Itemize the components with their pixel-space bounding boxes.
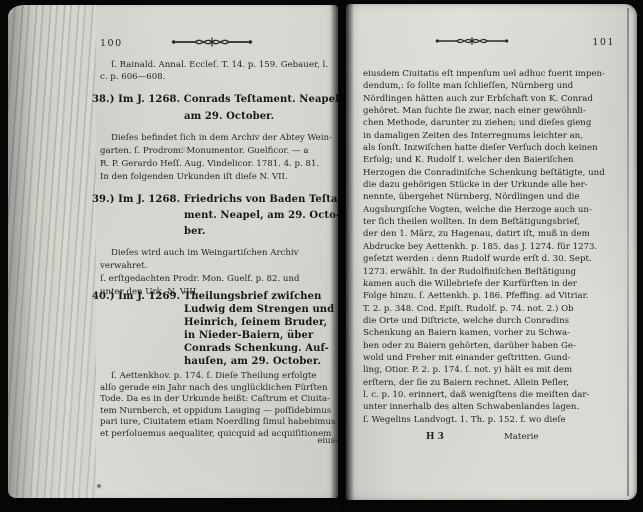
page-fore-edges <box>8 5 96 498</box>
right-page: 101 eiusdem Ciuitatis eſt impenſum uel a… <box>346 4 637 500</box>
header-ornament-icon <box>170 35 254 49</box>
page-number-left: 100 <box>100 38 123 49</box>
entry-40-heading: 40.) Im J. 1269. Theilungsbrief zwiſchen… <box>92 291 338 368</box>
footnote: ſ. Rainald. Annal. Eccleſ. T. 14. p. 159… <box>100 59 338 83</box>
page-body-text: eiusdem Ciuitatis eſt impenſum uel adhuc… <box>363 68 607 426</box>
paper-stain <box>178 145 188 153</box>
book-spine-shadow <box>330 0 354 512</box>
signature-mark: H 3 <box>426 432 444 442</box>
page-number-right: 101 <box>592 37 615 48</box>
entry-39-heading: 39.) Im J. 1268. Friedrichs von Baden Te… <box>92 192 338 240</box>
catchword-right: Materie <box>504 432 538 442</box>
page-edge-line <box>627 8 629 496</box>
entry-38-note: Dieſes befindet ſich in dem Archiv der A… <box>100 132 338 184</box>
catchword-left: eius- <box>100 436 338 446</box>
left-page: 100 ſ. Rainald. Annal. Eccleſ. T. 14. p.… <box>8 5 338 498</box>
entry-38-heading: 38.) Im J. 1268. Conrads Teſtament. Neap… <box>92 91 338 125</box>
book-scan: 100 ſ. Rainald. Annal. Eccleſ. T. 14. p.… <box>0 0 643 512</box>
paper-stain <box>96 483 102 489</box>
header-ornament-icon <box>434 34 510 48</box>
entry-40-note: ſ. Aettenkhov. p. 174. ſ. Dieſe Theilung… <box>100 371 338 441</box>
